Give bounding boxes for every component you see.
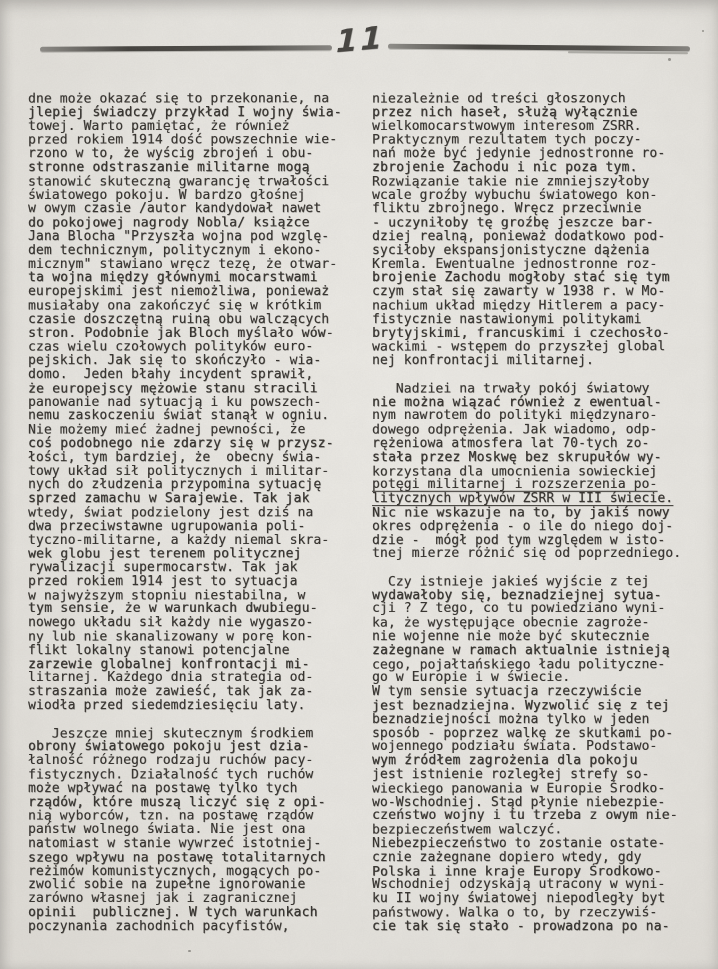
text-line: - uczyniłoby tę groźbę jeszcze bar-	[372, 216, 702, 230]
text-line: bezpieczeństwem walczyć.	[372, 823, 702, 837]
text-line: straszania może zawieść, tak jak za-	[28, 685, 363, 699]
text-line: dowego odprężenia. Jak wiadomo, odp-	[372, 423, 702, 437]
text-line: domo. Jeden błahy incydent sprawił,	[28, 368, 363, 382]
text-line: łalność różnego rodzaju ruchów pacy-	[28, 754, 363, 768]
text-line: jest istnienie rozległej strefy so-	[372, 768, 702, 782]
text-line: zażegnane w ramach aktualnie istnieją	[372, 644, 702, 658]
text-line: tnej mierze różnić się od poprzedniego.	[372, 547, 702, 561]
text-line: wek globu jest terenem politycznej	[28, 547, 363, 561]
text-line: Nadziei na trwały pokój światowy	[372, 382, 702, 396]
text-line: europejskimi jest niemożliwa, ponieważ	[28, 285, 363, 299]
text-line: Jana Blocha "Przyszła wojna pod wzglę-	[28, 230, 363, 244]
text-line: czym stał się zawarty w 1938 r. w Mo-	[372, 285, 702, 299]
text-line: czeństwo wojny i tu trzeba z owym nie-	[372, 809, 702, 823]
paragraph: Nadziei na trwały pokój światowynie możn…	[372, 382, 702, 561]
text-line: Kremla. Ewentualne jednostronne roz-	[372, 257, 702, 271]
paragraph: Jeszcze mniej skutecznym środkiemobrony …	[28, 727, 363, 934]
text-line: nachium układ między Hitlerem a pacy-	[372, 299, 702, 313]
text-line: nych do złudzenia przypomina sytuację	[28, 478, 363, 492]
text-line: rężeniowa atmosfera lat 70-tych zo-	[372, 437, 702, 451]
text-line: przed rokiem 1914 jest to sytuacja	[28, 575, 363, 589]
text-line: Jeszcze mniej skutecznym środkiem	[28, 727, 363, 741]
text-line: wcale groźby wybuchu światowego kon-	[372, 188, 702, 202]
text-line: dziej realną, ponieważ dodatkowo pod-	[372, 230, 702, 244]
text-line: pejskich. Jak się to skończyło - wia-	[28, 354, 363, 368]
text-line: ku II wojny światowej niepodległy byt	[372, 892, 702, 906]
text-line: wiodła przed siedemdziesięciu laty.	[28, 699, 363, 713]
text-line: Nie możemy mieć żadnej pewności, że	[28, 423, 363, 437]
text-line: nej konfrontacji militarnej.	[372, 354, 702, 368]
text-line: okres odprężenia - o ile do niego doj-	[372, 520, 702, 534]
text-line: musiałaby ona zakończyć się w krótkim	[28, 299, 363, 313]
right-text-column: niezależnie od treści głoszonychprzez ni…	[372, 92, 702, 934]
text-line: towy układ sił politycznych i militar-	[28, 464, 363, 478]
text-line: potęgi militarnej i rozszerzenia po-	[372, 478, 702, 492]
text-line: Praktycznym rezultatem tych poczy-	[372, 133, 702, 147]
text-line: wtedy, świat podzielony jest dziś na	[28, 506, 363, 520]
text-line: państwowy. Walka o to, by rzeczywiś-	[372, 906, 702, 920]
text-line: rywalizacji supermocarstw. Tak jak	[28, 561, 363, 575]
text-line: Wschodniej odzyskają utracony w wyni-	[372, 878, 702, 892]
header-rule-left	[40, 45, 332, 52]
left-text-column: dne może okazać się to przekonanie, najl…	[28, 92, 363, 934]
text-line: Czy istnieje jakieś wyjście z tej	[372, 575, 702, 589]
text-line: beznadziejności można tylko w jeden	[372, 713, 702, 727]
text-line: nemu zaskoczeniu świat stanął w ogniu.	[28, 409, 363, 423]
text-line: rzono w to, że wyścig zbrojeń i obu-	[28, 147, 363, 161]
ink-speck	[702, 30, 704, 32]
paragraph: niezależnie od treści głoszonychprzez ni…	[372, 92, 702, 368]
text-line: dne może okazać się to przekonanie, na	[28, 92, 363, 106]
paragraph: dne może okazać się to przekonanie, najl…	[28, 92, 363, 713]
text-line: towej. Warto pamiętać, że również	[28, 119, 363, 133]
text-line: reżimów komunistycznych, mogących po-	[28, 865, 363, 879]
text-line: w owym czasie /autor kandydował nawet	[28, 202, 363, 216]
text-line: litycznych wpływów ZSRR w III świecie.	[372, 492, 702, 506]
text-line: flikt lokalny stanowi potencjalne	[28, 644, 363, 658]
text-line: stronne odstraszanie militarne mogą	[28, 161, 363, 175]
text-line: cie tak się stało - prowadzona po na-	[372, 920, 702, 934]
text-line: natomiast w stanie wywrzeć istotniej-	[28, 837, 363, 851]
text-line: jest beznadziejna. Wyzwolić się z tej	[372, 699, 702, 713]
text-line: Nic nie wskazuje na to, by jakiś nowy	[372, 506, 702, 520]
text-line: ta wojna między głównymi mocarstwami	[28, 271, 363, 285]
text-line: fliktu zbrojnego. Wręcz przeciwnie	[372, 202, 702, 216]
text-line: zarówno własnej jak i zagranicznej	[28, 892, 363, 906]
text-line: opinii publicznej. W tych warunkach	[28, 906, 363, 920]
text-line: fistycznych. Działalność tych ruchów	[28, 768, 363, 782]
text-line: litarnej. Każdego dnia strategia od-	[28, 671, 363, 685]
text-line: ny lub nie skanalizowany w porę kon-	[28, 630, 363, 644]
text-line: sprzed zamachu w Sarajewie. Tak jak	[28, 492, 363, 506]
text-line: światowego pokoju. W bardzo głośnej	[28, 188, 363, 202]
text-line: wieckiego panowania w Europie Środko-	[372, 782, 702, 796]
text-line: brytyjskimi, francuskimi i czechosło-	[372, 326, 702, 340]
header-rule-right	[388, 44, 690, 52]
scanned-document-page: 11 dne może okazać się to przekonanie, n…	[0, 0, 718, 969]
text-line: wielkomocarstwowym interesom ZSRR.	[372, 119, 702, 133]
text-line: może wpływać na postawę tylko tych	[28, 782, 363, 796]
text-line: brojenie Zachodu mogłoby stać się tym	[372, 271, 702, 285]
text-line: Niebezpieczeństwo to zostanie ostate-	[372, 837, 702, 851]
text-line: cznie zażegnane dopiero wtedy, gdy	[372, 851, 702, 865]
text-line: W tym sensie sytuacja rzeczywiście	[372, 685, 702, 699]
text-line: coś podobnego nie zdarzy się w przysz-	[28, 437, 363, 451]
text-line: ka, że występujące obecnie zagroże-	[372, 616, 702, 630]
text-line: micznym" stawiano wręcz tezę, że otwar-	[28, 257, 363, 271]
page-number: 11	[336, 20, 386, 60]
text-line: nym nawrotem do polityki międzynaro-	[372, 409, 702, 423]
text-line: do pokojowej nagrody Nobla/ książce	[28, 216, 363, 230]
text-line: tyczno-militarne, a każdy niemal skra-	[28, 533, 363, 547]
ink-speck	[188, 950, 191, 952]
text-line: czas wielu czołowych polityków euro-	[28, 340, 363, 354]
text-line: niezależnie od treści głoszonych	[372, 92, 702, 106]
text-line: go w Europie i w świecie.	[372, 671, 702, 685]
text-line: przed rokiem 1914 dość powszechnie wie-	[28, 133, 363, 147]
text-line: nań może być jedynie jednostronne ro-	[372, 147, 702, 161]
text-line: cji ? Z tego, co tu powiedziano wyni-	[372, 602, 702, 616]
text-line: tym sensie, że w warunkach dwubiegu-	[28, 602, 363, 616]
text-line: zbrojenie Zachodu i nic poza tym.	[372, 161, 702, 175]
paragraph: Czy istnieje jakieś wyjście z tejwydawał…	[372, 575, 702, 934]
text-line: panowanie nad sytuacją i ku powszech-	[28, 395, 363, 409]
text-line: wojennego podziału świata. Podstawo-	[372, 740, 702, 754]
text-line: nie wojenne nie może być skutecznie	[372, 630, 702, 644]
text-line: poczynania zachodnich pacyfistów,	[28, 920, 363, 934]
text-line: wym źródłem zagrożenia dla pokoju	[372, 754, 702, 768]
text-line: nowego układu sił każdy nie wygaszo-	[28, 616, 363, 630]
text-line: państw wolnego świata. Nie jest ona	[28, 823, 363, 837]
text-line: wackimi - wstępem do przyszłej global	[372, 340, 702, 354]
text-line: stron. Podobnie jak Bloch myślało wów-	[28, 326, 363, 340]
text-line: szego wpływu na postawę totalitarnych	[28, 851, 363, 865]
text-line: stała przez Moskwę bez skrupułów wy-	[372, 451, 702, 465]
ink-speck	[668, 58, 671, 61]
